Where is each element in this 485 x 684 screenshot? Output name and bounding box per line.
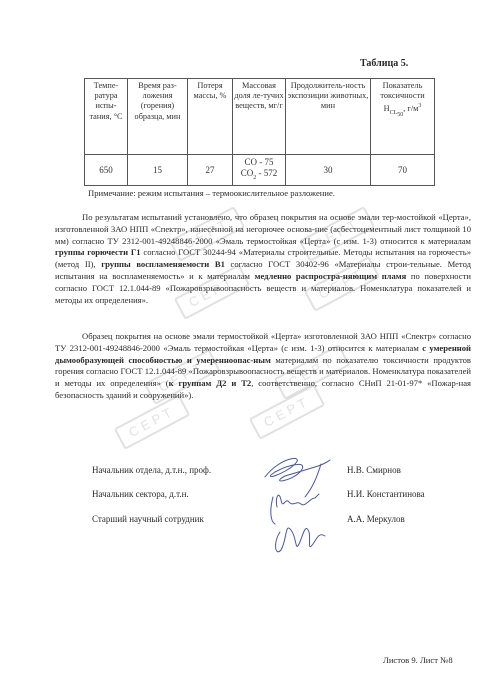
signature-3-icon (276, 528, 325, 552)
table-note: Примечание: режим испытания – термоокисл… (88, 188, 335, 198)
volatile-co2: CO2 - 572 (241, 168, 278, 178)
cell-time: 15 (128, 155, 188, 186)
results-table: Темпе-ратура испы-тания, °С Время раз-ло… (84, 78, 435, 186)
cell-toxicity: 70 (371, 155, 435, 186)
header-exposure: Продолжитель-ность экспозиции животных, … (286, 79, 371, 155)
table-row: 650 15 27 CO - 75 CO2 - 572 30 70 (85, 155, 435, 186)
header-temperature: Темпе-ратура испы-тания, °С (85, 79, 128, 155)
signature-2-icon (276, 494, 319, 507)
table-header-row: Темпе-ратура испы-тания, °С Время раз-ло… (85, 79, 435, 155)
watermark-stamp: СЕРТ (114, 394, 191, 450)
header-mass-loss: Потеря массы, % (188, 79, 233, 155)
page-footer: Листов 9. Лист №8 (383, 655, 453, 665)
toxicity-formula: HCL50, г/м3 (384, 104, 422, 113)
cell-exposure: 30 (286, 155, 371, 186)
conclusion-paragraph-1: По результатам испытаний установлено, чт… (55, 212, 471, 306)
header-volatile: Массовая доля ле-тучих веществ, мг/г (233, 79, 286, 155)
cell-volatile: CO - 75 CO2 - 572 (233, 155, 286, 186)
signature-name-1: Н.В. Смирнов (347, 465, 401, 475)
signature-name-3: А.А. Меркулов (347, 514, 405, 524)
signature-name-2: Н.И. Константинова (347, 489, 425, 499)
cell-mass-loss: 27 (188, 155, 233, 186)
signature-position-1: Начальник отдела, д.т.н., проф. (92, 465, 211, 475)
cell-temperature: 650 (85, 155, 128, 186)
signature-position-2: Начальник сектора, д.т.н. (92, 489, 189, 499)
header-time: Время раз-ложения (горения) образца, мин (128, 79, 188, 155)
table-caption: Таблица 5. (360, 58, 408, 69)
header-toxicity: Показатель токсичности HCL50, г/м3 (371, 79, 435, 155)
header-toxicity-label: Показатель токсичности (380, 81, 424, 100)
handwritten-signatures (255, 452, 345, 562)
signature-1-icon (265, 458, 330, 480)
conclusion-paragraph-2: Образец покрытия на основе эмали термост… (55, 331, 471, 402)
volatile-co: CO - 75 (245, 157, 274, 167)
signature-position-3: Старший научный сотрудник (92, 514, 204, 524)
